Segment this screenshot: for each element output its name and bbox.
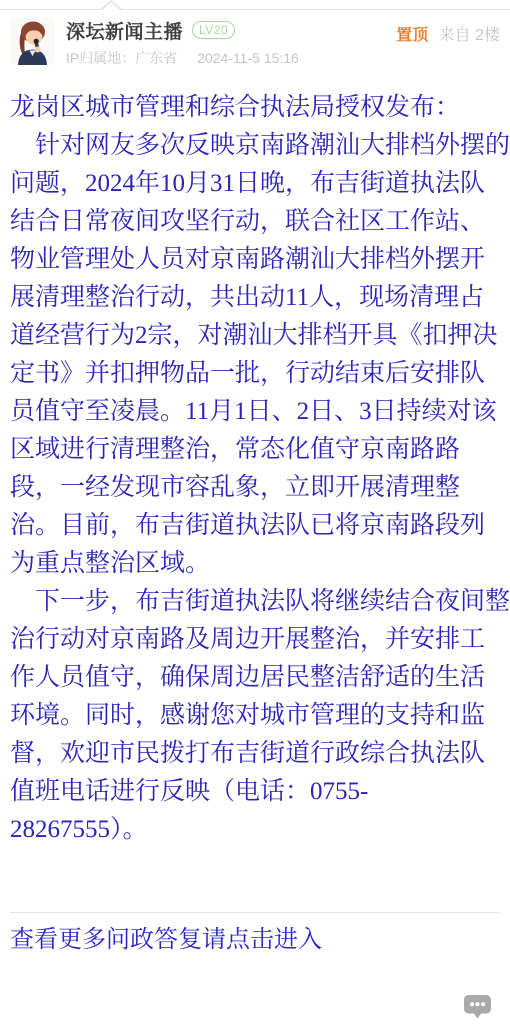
post-meta: IP归属地：广东省 2024-11-5 15:16	[66, 48, 396, 68]
post-body-line: 值班电话进行反映（电话：0755-	[10, 773, 500, 811]
username[interactable]: 深坛新闻主播	[66, 17, 183, 44]
post-body-line: 督，欢迎市民拨打布吉街道行政综合执法队	[10, 735, 500, 773]
pinned-badge: 置顶	[396, 27, 428, 44]
post-body-line: 环境。同时，感谢您对城市管理的支持和监	[10, 697, 500, 735]
post-body-line: 区域进行清理整治，常态化值守京南路路	[10, 431, 500, 469]
post-body-line: 物业管理处人员对京南路潮汕大排档外摆开	[10, 241, 500, 279]
post-body-line: 结合日常夜间攻坚行动，联合社区工作站、	[10, 203, 500, 241]
post-body: 龙岗区城市管理和综合执法局授权发布： 针对网友多次反映京南路潮汕大排档外摆的问题…	[10, 89, 500, 849]
post-body-line: 段，一经发现市容乱象，立即开展清理整	[10, 469, 500, 507]
post-body-line: 员值守至凌晨。11月1日、2日、3日持续对该	[10, 393, 500, 431]
news-anchor-avatar	[10, 18, 55, 65]
level-badge: LV20	[192, 21, 235, 39]
card-top-border	[0, 0, 510, 10]
user-info: 深坛新闻主播 LV20 IP归属地：广东省 2024-11-5 15:16	[66, 18, 396, 68]
footer-divider	[10, 912, 500, 913]
post-body-line: 为重点整治区域。	[10, 545, 500, 583]
comment-bubble-icon[interactable]	[463, 994, 492, 1020]
more-replies-link[interactable]: 查看更多问政答复请点击进入	[10, 924, 322, 956]
post-body-line: 道经营行为2宗，对潮汕大排档开具《扣押决	[10, 317, 500, 355]
post-body-line: 问题，2024年10月31日晚，布吉街道执法队	[10, 165, 500, 203]
footer-actions	[463, 994, 492, 1020]
post-body-line: 展清理整治行动，共出动11人，现场清理占	[10, 279, 500, 317]
timestamp: 2024-11-5 15:16	[197, 50, 299, 66]
post-body-line: 治。目前，布吉街道执法队已将京南路段列	[10, 507, 500, 545]
post-body-line: 作人员值守，确保周边居民整洁舒适的生活	[10, 659, 500, 697]
post-card: 深坛新闻主播 LV20 IP归属地：广东省 2024-11-5 15:16 置顶…	[0, 10, 510, 956]
post-header: 深坛新闻主播 LV20 IP归属地：广东省 2024-11-5 15:16 置顶…	[10, 18, 500, 68]
post-body-line: 针对网友多次反映京南路潮汕大排档外摆的	[10, 127, 500, 165]
post-body-line: 28267555）。	[10, 811, 500, 849]
floor-link[interactable]: 来自 2楼	[439, 27, 500, 44]
post-body-line: 下一步，布吉街道执法队将继续结合夜间整	[10, 583, 500, 621]
ip-location: IP归属地：广东省	[66, 50, 177, 66]
header-right-meta: 置顶 来自 2楼	[396, 22, 500, 45]
post-body-line: 龙岗区城市管理和综合执法局授权发布：	[10, 89, 500, 127]
avatar[interactable]	[10, 18, 55, 65]
post-body-line: 治行动对京南路及周边开展整治，并安排工	[10, 621, 500, 659]
post-body-line: 定书》并扣押物品一批，行动结束后安排队	[10, 355, 500, 393]
